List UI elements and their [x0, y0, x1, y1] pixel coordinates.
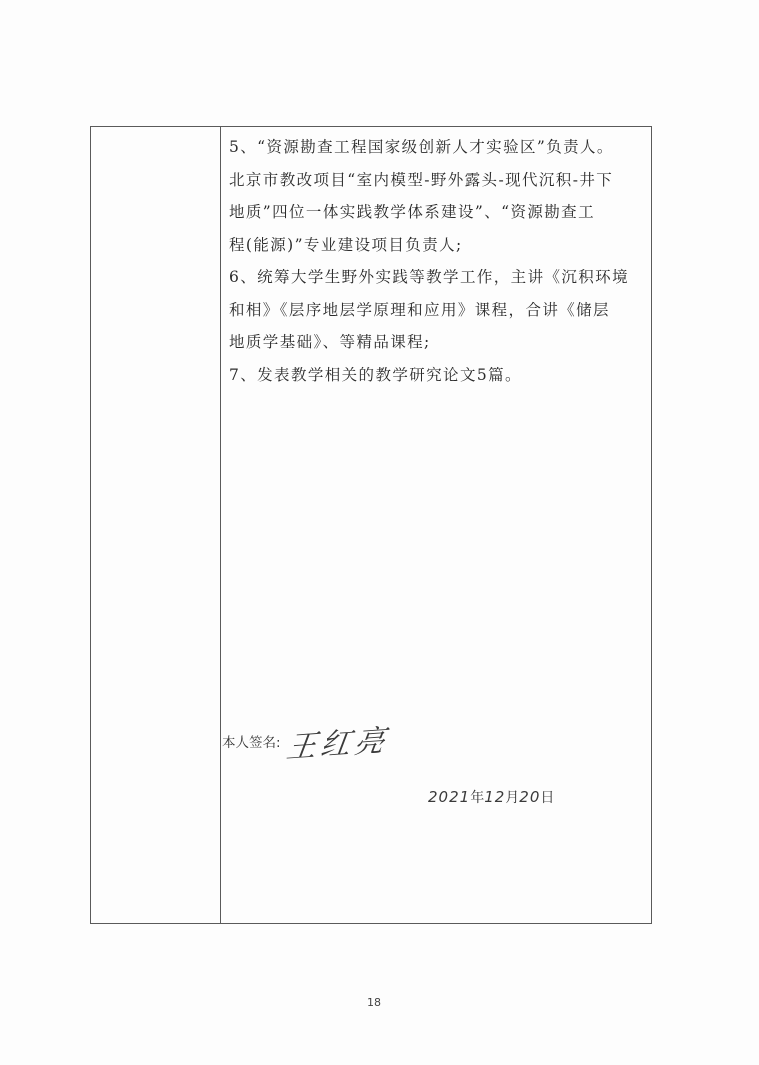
text-line: 5、“资源勘查工程国家级创新人才实验区”负责人。: [229, 131, 641, 164]
page-number: 18: [367, 996, 381, 1009]
text-line: 7、发表教学相关的教学研究论文5篇。: [229, 359, 641, 392]
signature-row: 本人签名: 王红亮: [222, 719, 389, 763]
date-year: 2021: [428, 788, 470, 806]
label-column: [91, 127, 221, 923]
date-day: 20: [519, 788, 540, 806]
text-line: 程(能源)”专业建设项目负责人;: [229, 229, 641, 262]
text-line: 北京市教改项目“室内模型-野外露头-现代沉积-井下: [229, 164, 641, 197]
date-month: 12: [484, 788, 505, 806]
achievements-text: 5、“资源勘查工程国家级创新人才实验区”负责人。 北京市教改项目“室内模型-野外…: [229, 131, 641, 391]
date-day-suffix: 日: [540, 790, 554, 806]
text-line: 和相》《层序地层学原理和应用》课程，合讲《储层: [229, 294, 641, 327]
text-line: 地质学基础》、等精品课程;: [229, 326, 641, 359]
signature-date: 2021年12月20日: [428, 787, 554, 807]
text-line: 地质”四位一体实践教学体系建设”、“资源勘查工: [229, 196, 641, 229]
date-month-suffix: 月: [505, 790, 519, 806]
text-line: 6、统筹大学生野外实践等教学工作，主讲《沉积环境: [229, 261, 641, 294]
handwritten-signature: 王红亮: [284, 715, 392, 767]
form-table: 5、“资源勘查工程国家级创新人才实验区”负责人。 北京市教改项目“室内模型-野外…: [90, 126, 652, 924]
signature-label: 本人签名:: [222, 731, 281, 751]
date-year-suffix: 年: [470, 790, 484, 806]
